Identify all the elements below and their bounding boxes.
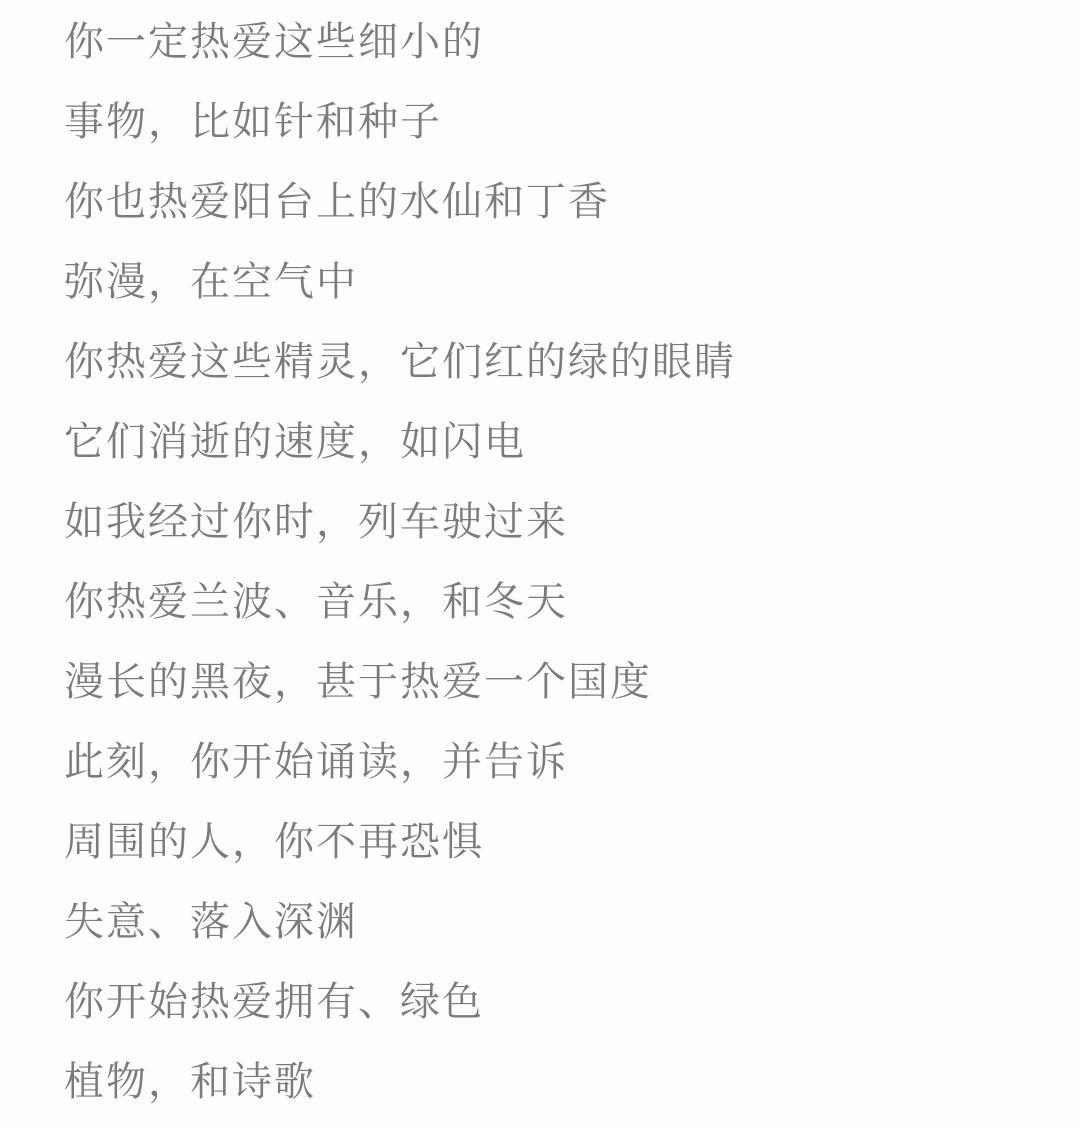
poem-line: 你也热爱阳台上的水仙和丁香 [64,162,1060,242]
poem-line: 周围的人，你不再恐惧 [64,802,1060,882]
poem-line: 漫长的黑夜，甚于热爱一个国度 [64,642,1060,722]
poem-line: 你开始热爱拥有、绿色 [64,962,1060,1042]
poem-line: 你热爱这些精灵，它们红的绿的眼睛 [64,322,1060,402]
poem-page: 你一定热爱这些细小的 事物，比如针和种子 你也热爱阳台上的水仙和丁香 弥漫，在空… [0,0,1080,1128]
poem-line: 你热爱兰波、音乐，和冬天 [64,562,1060,642]
poem-line: 弥漫，在空气中 [64,242,1060,322]
poem-line: 它们消逝的速度，如闪电 [64,402,1060,482]
poem-line: 植物，和诗歌 [64,1042,1060,1122]
poem-line: 如我经过你时，列车驶过来 [64,482,1060,562]
poem-line: 此刻，你开始诵读，并告诉 [64,722,1060,802]
poem-line: 失意、落入深渊 [64,882,1060,962]
poem-line: 你一定热爱这些细小的 [64,2,1060,82]
poem-line: 事物，比如针和种子 [64,82,1060,162]
